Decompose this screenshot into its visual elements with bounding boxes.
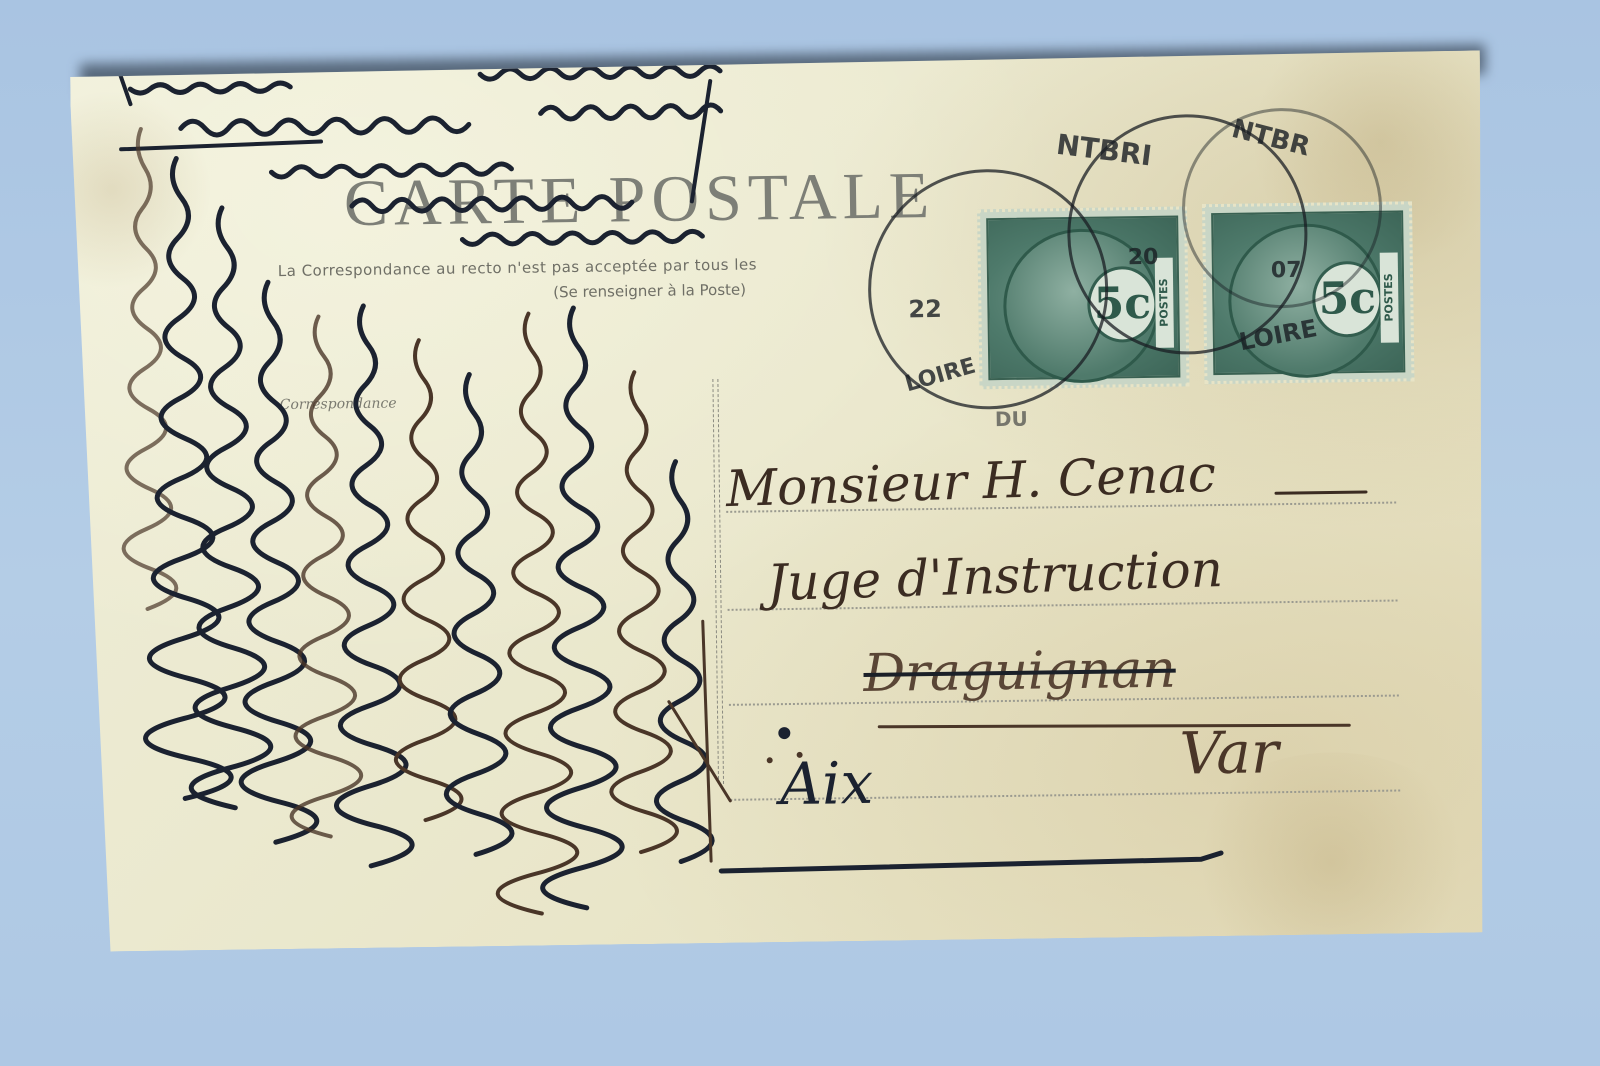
postcard: CARTE POSTALE La Correspondance au recto… [70, 50, 1492, 952]
handwritten-message [70, 50, 1492, 952]
